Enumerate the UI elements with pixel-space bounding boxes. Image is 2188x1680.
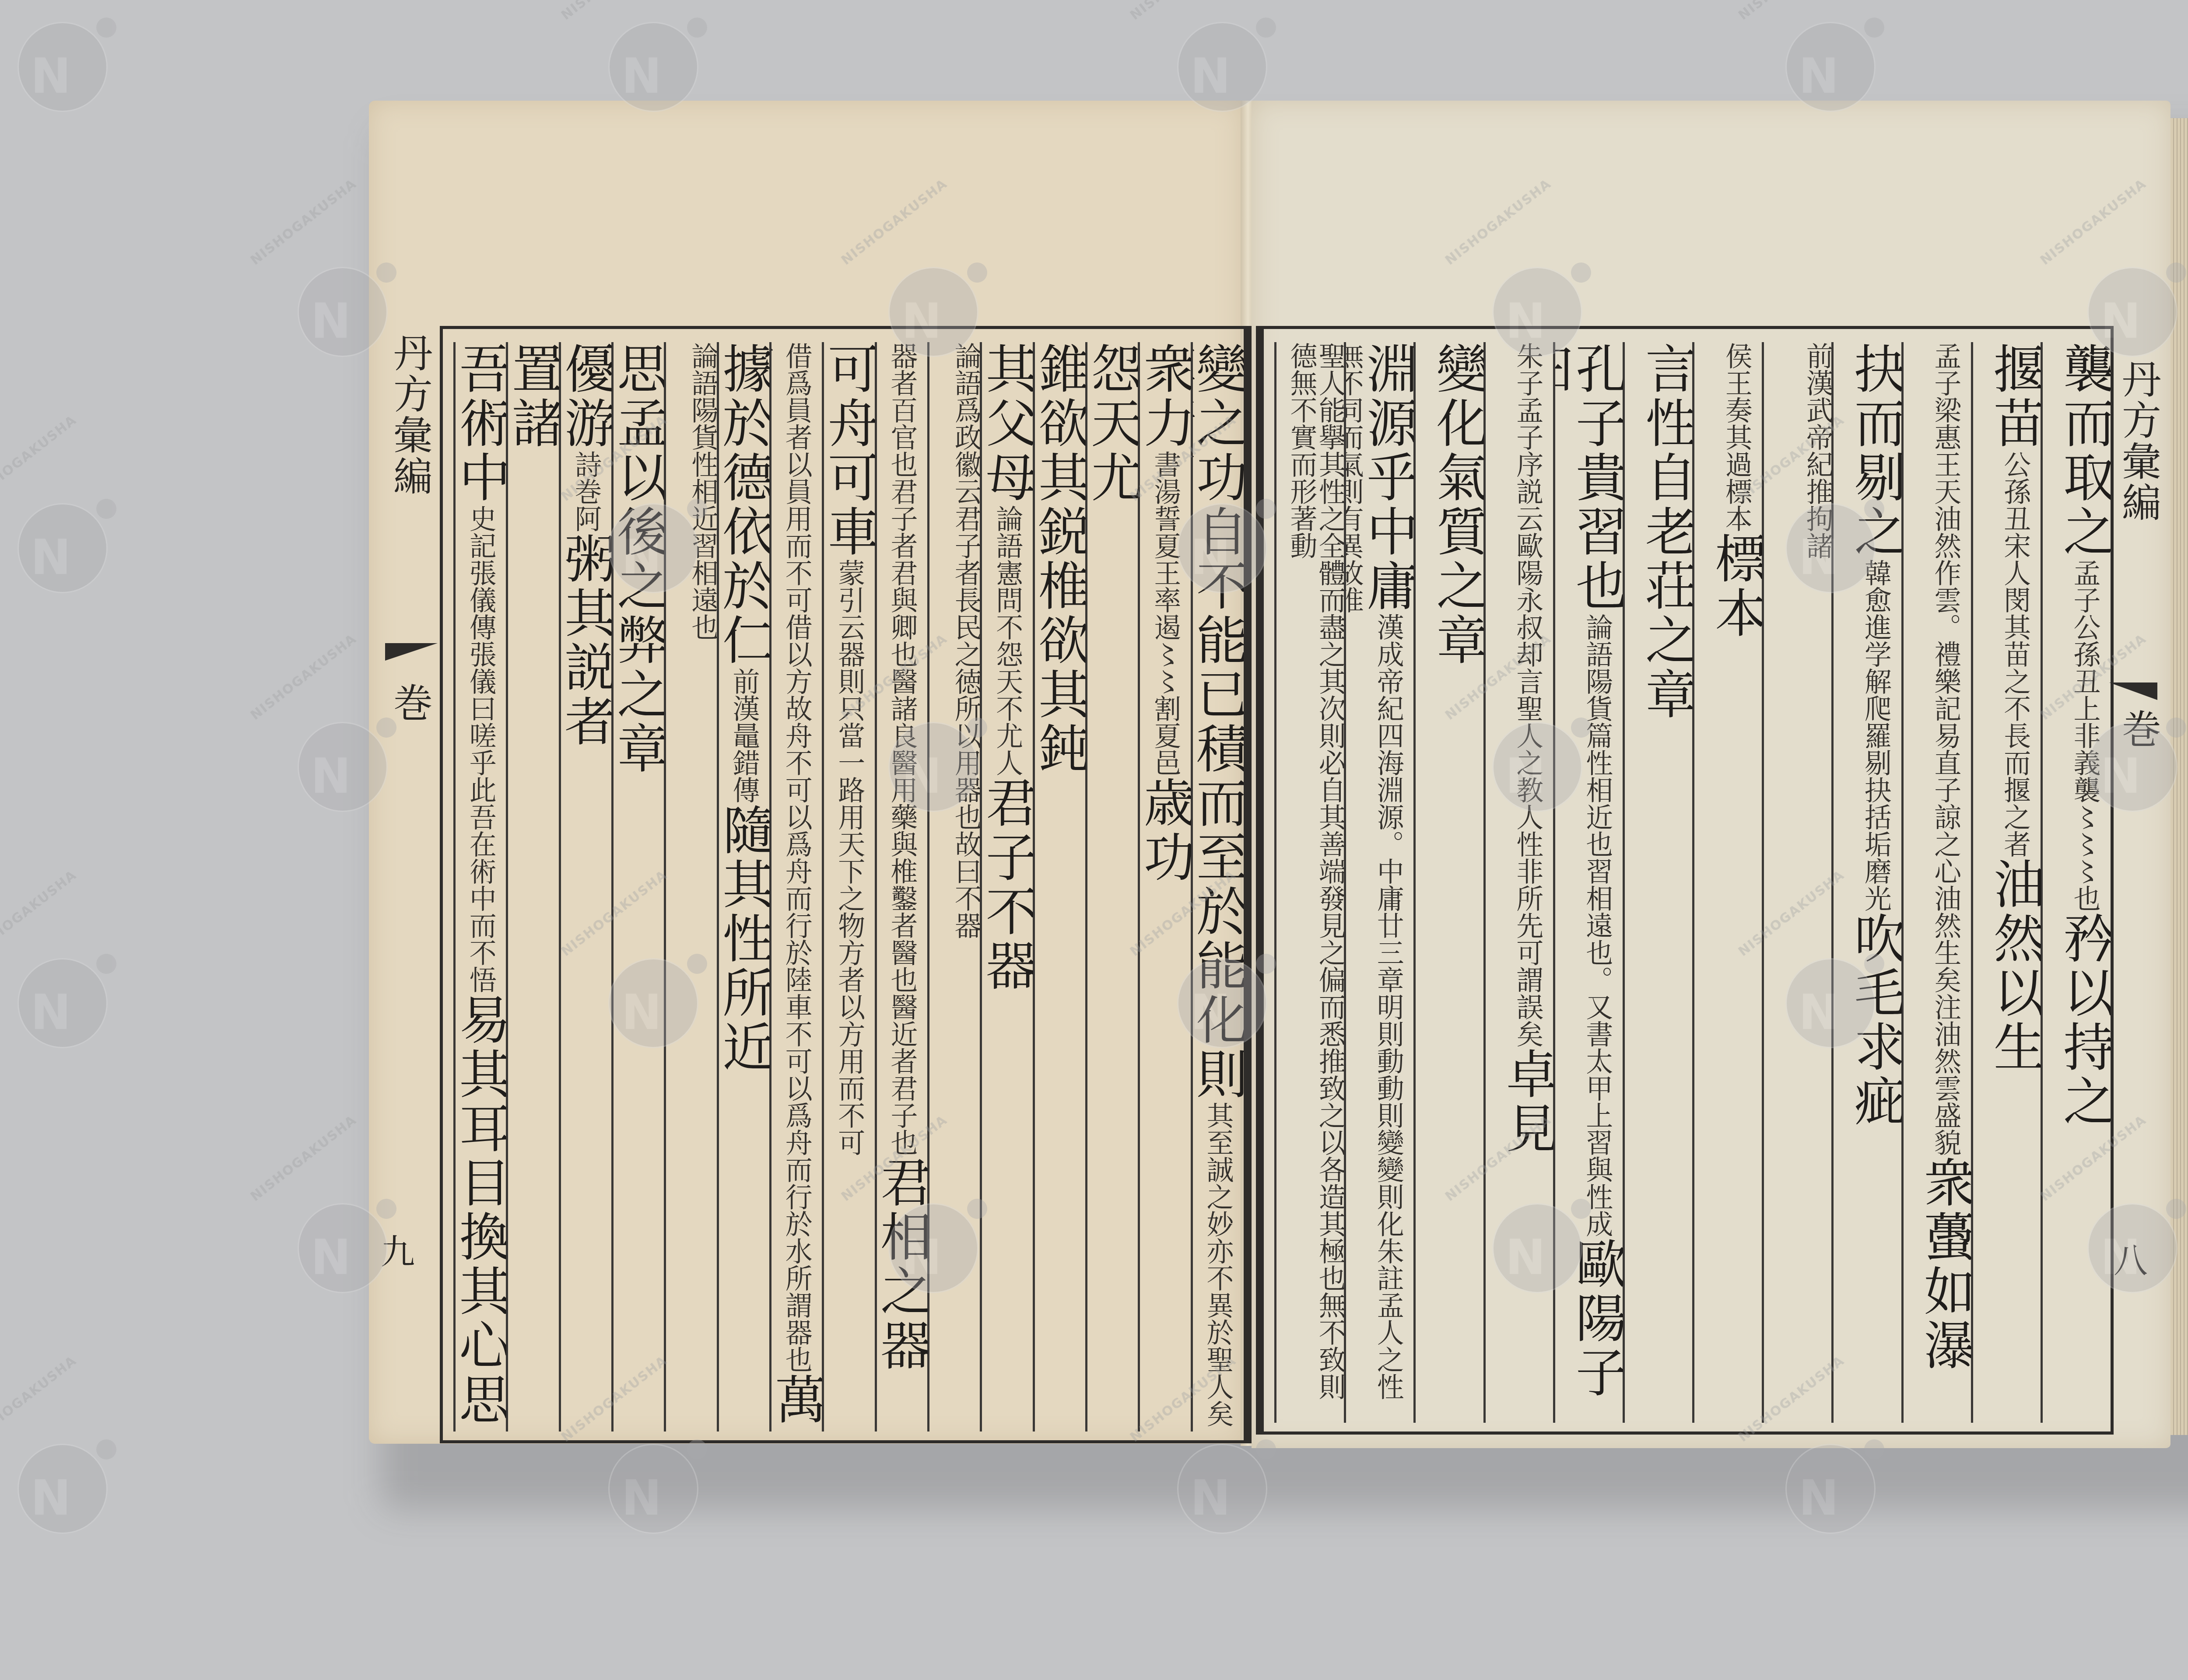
- text-column: 變化氣質之章: [1413, 342, 1483, 1423]
- column-note-text: 公孫丑宋人閔其苗之不長而揠之者: [1999, 451, 2031, 857]
- nishogakusha-logo-icon: NNISHOGAKUSHA: [0, 936, 118, 1054]
- column-main-text: 據於德依於仁: [717, 342, 770, 668]
- nishogakusha-logo-icon: NNISHOGAKUSHA: [871, 1181, 989, 1299]
- column-tail-text: 標本: [1706, 532, 1762, 640]
- text-column: 怨天尤: [1085, 342, 1138, 1431]
- column-tail-text: 傳所謂: [1191, 342, 1196, 505]
- nishogakusha-logo-icon: NNISHOGAKUSHA: [2070, 700, 2188, 818]
- column-main-text: 揠苗: [1985, 342, 2041, 451]
- nishogakusha-logo-icon: NNISHOGAKUSHA: [871, 700, 989, 818]
- column-main-text: 可舟可車: [822, 342, 875, 559]
- column-note-text: 史記張儀傳張儀曰嗟乎此吾在術中而不悟: [465, 505, 497, 993]
- nishogakusha-logo-icon: NNISHOGAKUSHA: [591, 0, 709, 118]
- nishogakusha-logo-icon: NNISHOGAKUSHA: [1475, 700, 1593, 818]
- watermark-text: NISHOGAKUSHA: [0, 0, 80, 23]
- column-note-text: 朱子孟子序説云歐陽永叔却言聖人之教人性非所先可謂誤矣: [1512, 342, 1544, 1047]
- column-tail-text: 隨其性所近: [717, 803, 770, 1074]
- column-note-text: 論語憲問不怨天不尤人: [992, 505, 1024, 776]
- column-main-text: 言性自老荘之章: [1637, 342, 1693, 722]
- nishogakusha-logo-icon: NNISHOGAKUSHA: [1768, 0, 1886, 118]
- text-column: 孟子梁惠王天油然作雲。禮樂記易直子諒之心油然生矣注油然雲盛貌衆蠆如瀑: [1901, 342, 1971, 1423]
- column-note-text: 孟子梁惠王天油然作雲。禮樂記易直子諒之心油然生矣注油然雲盛貌: [1930, 342, 1962, 1156]
- left-fishtail-mark: [385, 643, 438, 661]
- text-column: 置諸: [506, 342, 559, 1431]
- nishogakusha-logo-icon: NNISHOGAKUSHA: [1768, 936, 1886, 1054]
- text-column: 淵源乎中庸漢成帝紀四海淵源。中庸廿三章明則動動則變變則化朱註孟人之性無不同而氣則…: [1344, 342, 1414, 1423]
- nishogakusha-logo-icon: NNISHOGAKUSHA: [1768, 1422, 1886, 1540]
- column-main-text: 變化氣質之章: [1428, 342, 1484, 668]
- nishogakusha-logo-icon: NNISHOGAKUSHA: [871, 245, 989, 363]
- column-note-text: 聖人能擧其性之全體而盡之其次則必自其善端發見之偏而悉推致之以各造其極也無不致則德…: [1286, 342, 1344, 1400]
- nishogakusha-logo-icon: NNISHOGAKUSHA: [1768, 481, 1886, 599]
- text-column: 借爲員者以員用而不可借以方故舟不可以爲舟而行於陸車不可以爲舟而行於水所謂器也萬萬: [769, 342, 822, 1431]
- nishogakusha-logo-icon: NNISHOGAKUSHA: [280, 1181, 398, 1299]
- column-note-text: 前漢鼂錯傳: [728, 668, 760, 803]
- column-main-text: 淵源乎中庸: [1358, 342, 1414, 613]
- column-tail-text: 置諸: [506, 342, 559, 451]
- nishogakusha-logo-icon: NNISHOGAKUSHA: [1160, 481, 1278, 599]
- column-note-text: 論語爲政徽云君子者長民之徳所以用器也故曰不器: [950, 342, 980, 939]
- text-column: 聖人能擧其性之全體而盡之其次則必自其善端發見之偏而悉推致之以各造其極也無不致則德…: [1274, 342, 1344, 1423]
- nishogakusha-logo-icon: NNISHOGAKUSHA: [1475, 245, 1593, 363]
- nishogakusha-logo-icon: NNISHOGAKUSHA: [1160, 1422, 1278, 1540]
- nishogakusha-logo-icon: NNISHOGAKUSHA: [2070, 1181, 2188, 1299]
- column-tail-text: 油然以生: [1985, 857, 2041, 1074]
- text-column: 可舟可車蒙引云器則只當一路用天下之物方者以方用而不可: [822, 342, 875, 1431]
- column-tail-text: 怨天尤: [1085, 342, 1138, 505]
- text-column: 據於德依於仁前漢鼂錯傳隨其性所近: [717, 342, 770, 1431]
- column-tail-text: 衆蠆如瀑: [1915, 1156, 1971, 1373]
- right-text-frame: 襲而取之孟子公孫丑上非義襲〻〻〻也矜以持之揠苗公孫丑宋人閔其苗之不長而揠之者油然…: [1256, 326, 2114, 1435]
- nishogakusha-logo-icon: NNISHOGAKUSHA: [280, 700, 398, 818]
- right-fishtail-mark: [2109, 682, 2157, 700]
- column-main-text: 錐欲其鋭椎欲其鈍: [1033, 342, 1086, 776]
- text-column: 錐欲其鋭椎欲其鈍: [1033, 342, 1086, 1431]
- column-tail-text: 歳功: [1138, 776, 1191, 885]
- column-main-text: 吾術中: [453, 342, 506, 505]
- column-note-text: 蒙引云器則只當一路用天下之物方者以方用而不可: [834, 559, 866, 1156]
- column-note-text: 借爲員者以員用而不可借以方故舟不可以爲舟而行於陸車不可以爲舟而行於水所謂器也: [781, 342, 813, 1373]
- nishogakusha-logo-icon: NNISHOGAKUSHA: [591, 481, 709, 599]
- nishogakusha-logo-icon: NNISHOGAKUSHA: [1160, 936, 1278, 1054]
- nishogakusha-logo-icon: NNISHOGAKUSHA: [1475, 1181, 1593, 1299]
- nishogakusha-logo-icon: NNISHOGAKUSHA: [0, 481, 118, 599]
- column-tail-text: 矜以持之: [2055, 912, 2111, 1129]
- text-column: 吾術中史記張儀傳張儀曰嗟乎此吾在術中而不悟易其耳目換其心思: [453, 342, 506, 1431]
- column-main-text: 其父母: [980, 342, 1033, 505]
- text-column: 揠苗公孫丑宋人閔其苗之不長而揠之者油然以生: [1971, 342, 2041, 1423]
- nishogakusha-logo-icon: NNISHOGAKUSHA: [2070, 245, 2188, 363]
- nishogakusha-logo-icon: NNISHOGAKUSHA: [591, 936, 709, 1054]
- nishogakusha-logo-icon: NNISHOGAKUSHA: [280, 245, 398, 363]
- text-column: 侯王奏其過標本標本: [1692, 342, 1762, 1423]
- text-column: 言性自老荘之章: [1623, 342, 1693, 1423]
- column-main-text: 衆力: [1138, 342, 1191, 451]
- column-main-text: 襲而取之: [2055, 342, 2111, 559]
- right-margin-title: 丹方彙編: [2109, 359, 2166, 523]
- column-tail-text: 易其耳目換其心思: [453, 993, 506, 1427]
- nishogakusha-logo-icon: NNISHOGAKUSHA: [591, 1422, 709, 1540]
- nishogakusha-logo-icon: NNISHOGAKUSHA: [1160, 0, 1278, 118]
- column-note-text: 韓愈進学解爬羅剔抉括垢磨光: [1860, 559, 1892, 912]
- column-main-text: 優游: [559, 342, 612, 451]
- nishogakusha-logo-icon: NNISHOGAKUSHA: [0, 0, 118, 118]
- nishogakusha-logo-icon: NNISHOGAKUSHA: [0, 1422, 118, 1540]
- column-note-text: 侯王奏其過標本: [1721, 342, 1753, 532]
